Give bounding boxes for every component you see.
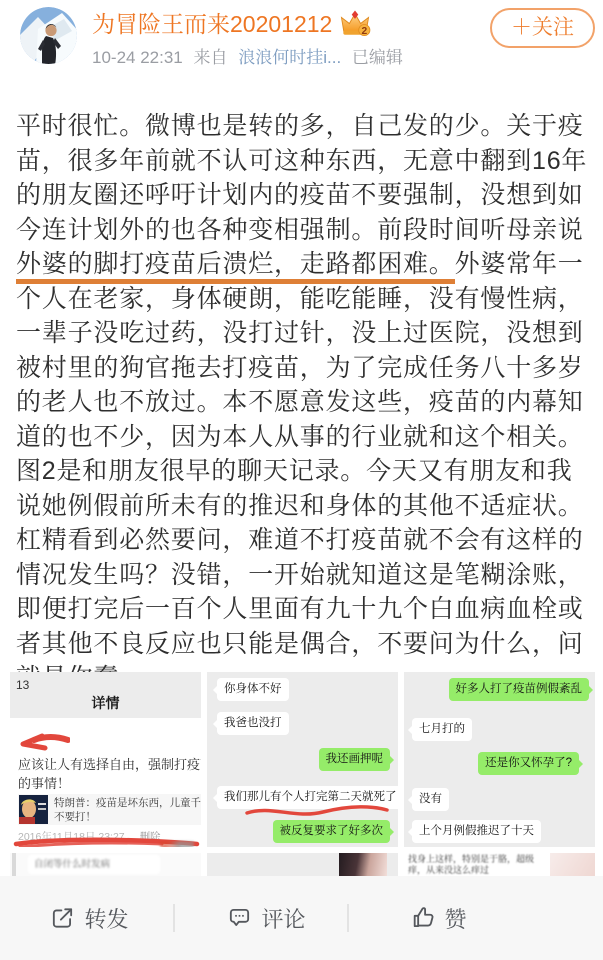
source-link[interactable]: 浪浪何时挂i... (238, 48, 341, 67)
repost-icon (49, 905, 75, 931)
comment-label: 评论 (261, 903, 305, 934)
red-arrow-scribble (18, 733, 70, 753)
moments-title: 详情 (10, 693, 201, 713)
vip-level-number: 2 (362, 26, 368, 37)
red-wavy-underline (243, 803, 391, 821)
moments-header-bar: 13 详情 (10, 672, 201, 718)
image-thumb-partial-2[interactable] (207, 853, 398, 877)
username[interactable]: 为冒险王而来20201212 (92, 10, 332, 38)
weibo-post-card: 为冒险王而来20201212 2 10-24 22:31 来自 浪浪何时挂i..… (0, 0, 603, 960)
image-thumb-partial-3[interactable]: 找身上这样，特别是于胳，超级 痒，从来没这么痒过 (404, 853, 595, 877)
post-meta: 10-24 22:31 来自 浪浪何时挂i... 已编辑 (92, 43, 409, 68)
avatar-image (20, 7, 77, 64)
image-thumb-chat2[interactable]: 好多人打了疫苗例假紊乱 七月打的 还是你又怀孕了? 没有 上个月例假推迟了十天 (404, 672, 595, 847)
like-button[interactable]: 赞 (409, 876, 466, 960)
comment-button[interactable]: 评论 (226, 876, 305, 960)
post-header: 为冒险王而来20201212 2 10-24 22:31 来自 浪浪何时挂i..… (0, 0, 603, 86)
chat-bubble: 上个月例假推迟了十天 (412, 820, 541, 843)
chat-bubble: 你身体不好 (217, 678, 289, 701)
repost-button[interactable]: 转发 (49, 876, 128, 960)
chat-bubble: 还是你又怀孕了? (478, 752, 579, 775)
chat-bubble: 我爸也没打 (217, 712, 289, 735)
post-time: 10-24 22:31 (92, 48, 183, 67)
chat-bubble: 好多人打了疫苗例假紊乱 (449, 678, 590, 701)
repost-label: 转发 (84, 903, 128, 934)
post-images-grid: 13 详情 应该让人有选择自由，强制打疫苗 的事情！ (10, 672, 595, 877)
avatar[interactable] (20, 7, 77, 64)
chat-bubble: 我还画押呢 (319, 748, 391, 771)
blurry-chat-text: 找身上这样，特别是于胳，超级 痒，从来没这么痒过 (408, 854, 534, 876)
post-text-after: 外婆常年一个人在老家，身体硬朗，能吃能睡，没有慢性病，一辈子没吃过药，没打过针，… (16, 250, 584, 692)
image-thumb-moments[interactable]: 13 详情 应该让人有选择自由，强制打疫苗 的事情！ (10, 672, 201, 847)
follow-button[interactable]: ＋关注 (490, 8, 595, 48)
action-bar: 转发 评论 赞 (0, 876, 603, 960)
image-thumb-partial-1[interactable]: 自闭等什么时发病 (10, 853, 201, 877)
moments-link-card: 特朗普：疫苗是坏东西，儿童千 不要打！ (18, 794, 201, 825)
link-card-title: 特朗普：疫苗是坏东西，儿童千 不要打！ (54, 796, 201, 825)
edited-label: 已编辑 (352, 48, 403, 67)
vip-crown-badge[interactable]: 2 (339, 10, 371, 38)
photo-fragment (550, 853, 595, 877)
watermark (160, 841, 194, 847)
blurry-chat-bubble: 自闭等什么时发病 (28, 855, 160, 874)
thumbs-up-icon (409, 905, 435, 931)
like-label: 赞 (444, 903, 466, 934)
moments-page-number: 13 (16, 678, 29, 692)
post-text-before: 平时很忙。微博也是转的多，自己发的少。关于疫苗，很多年前就不认可这种东西，无意中… (16, 112, 587, 244)
image-thumb-chat1[interactable]: 你身体不好 我爸也没打 我还画押呢 我们那儿有个人打完第二天就死了 被反复要求了… (207, 672, 398, 847)
screenshot-edge (12, 853, 16, 877)
divider (347, 904, 349, 932)
post-text-underlined: 外婆的脚打疫苗后溃烂，走路都困难。 (16, 250, 455, 284)
chat-bubble: 没有 (412, 788, 449, 811)
chat-bubble: 被反复要求了好多次 (273, 820, 391, 843)
comment-icon (226, 905, 252, 931)
chat-bubble: 七月打的 (412, 718, 472, 741)
moments-post-text: 应该让人有选择自由，强制打疫苗 的事情！ (18, 755, 201, 793)
photo-fragment (339, 853, 387, 877)
username-row: 为冒险王而来20201212 2 (92, 10, 371, 38)
source-prefix: 来自 (193, 48, 227, 67)
post-text: 平时很忙。微博也是转的多，自己发的少。关于疫苗，很多年前就不认可这种东西，无意中… (16, 109, 597, 696)
divider (173, 904, 175, 932)
trump-thumbnail (19, 795, 48, 824)
